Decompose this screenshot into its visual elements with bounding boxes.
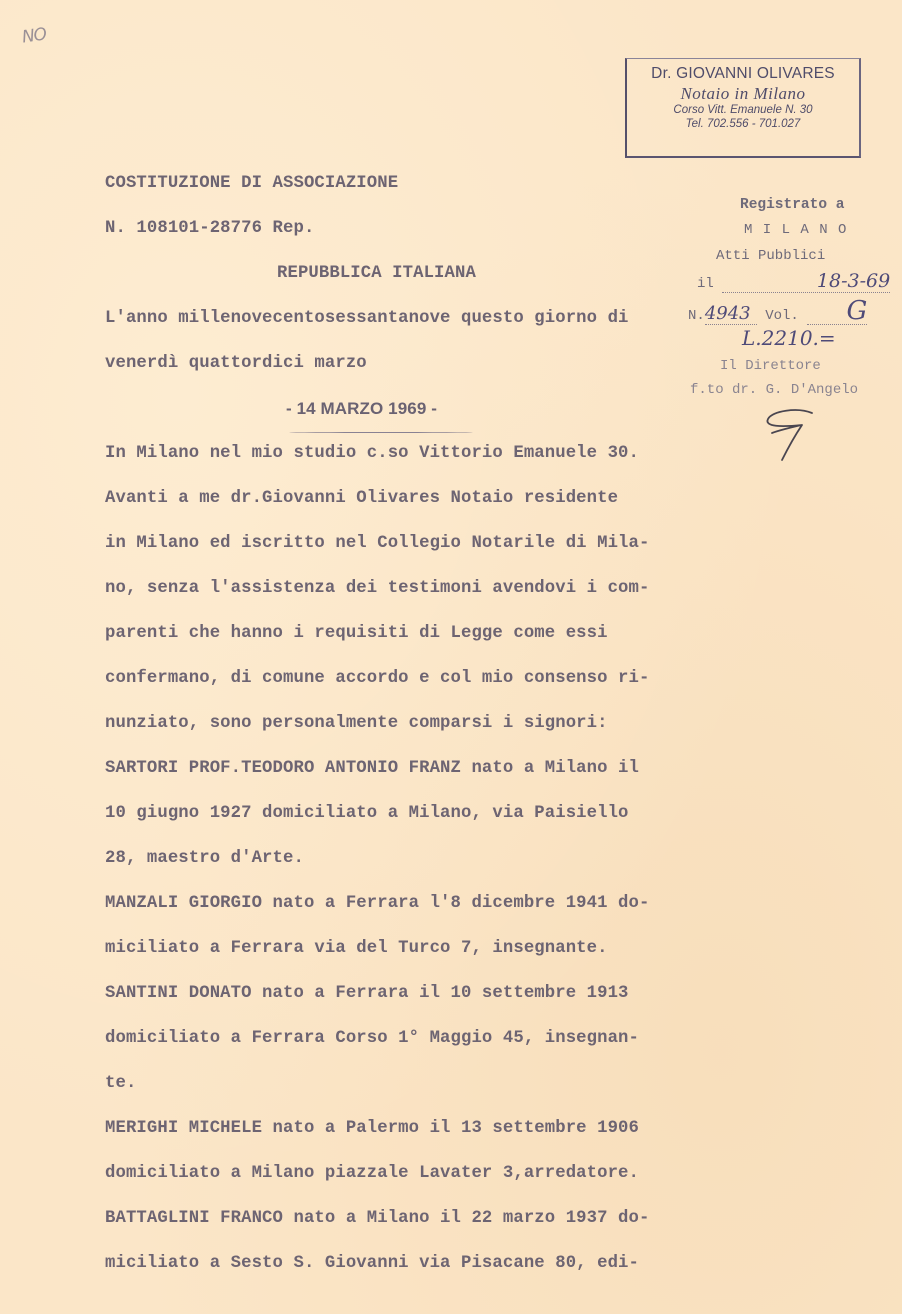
text-line: te. (105, 1074, 136, 1093)
registration-volume-label: Vol. (765, 308, 799, 324)
registration-number-value: 4943 (705, 303, 751, 324)
text-line: MANZALI GIORGIO nato a Ferrara l'8 dicem… (105, 894, 649, 913)
registration-director-signature: f.to dr. G. D'Angelo (690, 382, 858, 398)
notary-name: Dr. GIOVANNI OLIVARES (627, 65, 859, 83)
registration-city: M I L A N O (744, 222, 847, 238)
document-heading: REPUBBLICA ITALIANA (277, 264, 476, 283)
text-line: miciliato a Sesto S. Giovanni via Pisaca… (105, 1254, 639, 1273)
text-line: SARTORI PROF.TEODORO ANTONIO FRANZ nato … (105, 759, 639, 778)
repertory-number: N. 108101-28776 Rep. (105, 219, 314, 238)
text-line: in Milano ed iscritto nel Collegio Notar… (105, 534, 649, 553)
text-line: venerdì quattordici marzo (105, 354, 367, 373)
text-line: domiciliato a Milano piazzale Lavater 3,… (105, 1164, 639, 1183)
date-underline (289, 432, 473, 433)
notary-stamp: Dr. GIOVANNI OLIVARES Notaio in Milano C… (625, 58, 861, 158)
text-line: L'anno millenovecentosessantanove questo… (105, 309, 629, 328)
text-line: no, senza l'assistenza dei testimoni ave… (105, 579, 649, 598)
registration-title: Registrato a (740, 197, 844, 213)
registration-volume-value: G (846, 296, 867, 326)
document-date: - 14 MARZO 1969 - (286, 399, 437, 419)
text-line: In Milano nel mio studio c.so Vittorio E… (105, 444, 639, 463)
registration-director-title: Il Direttore (720, 358, 821, 374)
text-line: nunziato, sono personalmente comparsi i … (105, 714, 608, 733)
notary-address: Corso Vitt. Emanuele N. 30 (627, 104, 859, 116)
registration-date-label: il (697, 276, 714, 292)
text-line: domiciliato a Ferrara Corso 1° Maggio 45… (105, 1029, 639, 1048)
text-line: MERIGHI MICHELE nato a Palermo il 13 set… (105, 1119, 639, 1138)
notary-phone: Tel. 702.556 - 701.027 (627, 118, 859, 130)
text-line: Avanti a me dr.Giovanni Olivares Notaio … (105, 489, 618, 508)
text-line: SANTINI DONATO nato a Ferrara il 10 sett… (105, 984, 629, 1003)
text-line: parenti che hanno i requisiti di Legge c… (105, 624, 608, 643)
text-line: 28, maestro d'Arte. (105, 849, 304, 868)
registration-fee: L.2210.= (742, 326, 836, 350)
text-line: confermano, di comune accordo e col mio … (105, 669, 649, 688)
registration-date-value: 18-3-69 (817, 270, 890, 292)
signature-icon (762, 405, 822, 465)
notary-role: Notaio in Milano (627, 84, 859, 104)
text-line: BATTAGLINI FRANCO nato a Milano il 22 ma… (105, 1209, 649, 1228)
registration-office: Atti Pubblici (716, 248, 825, 264)
text-line: 10 giugno 1927 domiciliato a Milano, via… (105, 804, 629, 823)
margin-note: NO (21, 24, 48, 47)
document-title: COSTITUZIONE DI ASSOCIAZIONE (105, 174, 398, 193)
text-line: miciliato a Ferrara via del Turco 7, ins… (105, 939, 608, 958)
registration-number-label: N. (688, 308, 705, 324)
